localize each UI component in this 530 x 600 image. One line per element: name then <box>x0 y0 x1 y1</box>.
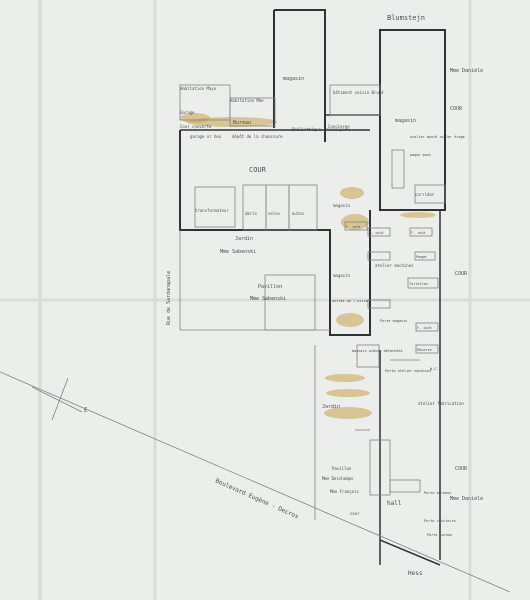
svg-text:COUR: COUR <box>249 166 267 174</box>
svg-text:Pavillon: Pavillon <box>332 466 352 471</box>
inner-rooms <box>180 85 445 495</box>
svg-text:COUR: COUR <box>450 106 463 112</box>
svg-text:Jardin: Jardin <box>235 236 253 242</box>
svg-text:Porte atelier machines: Porte atelier machines <box>385 369 431 373</box>
svg-text:dépôt de la chaussure: dépôt de la chaussure <box>232 134 283 139</box>
svg-text:COUR: COUR <box>455 271 468 277</box>
svg-text:Porte vestiaire: Porte vestiaire <box>424 519 456 523</box>
floor-plan-drawing: E Blumstejn Habitation Mayo Habitation M… <box>0 0 530 600</box>
svg-text:magasin pièces détachées: magasin pièces détachées <box>352 349 403 353</box>
svg-text:magasin: magasin <box>333 273 350 278</box>
svg-text:Porte bureau: Porte bureau <box>427 533 452 537</box>
svg-text:Mme Deschamps: Mme Deschamps <box>322 476 354 481</box>
svg-text:atelier monté au 1er étage: atelier monté au 1er étage <box>410 135 465 139</box>
svg-text:transformateur: transformateur <box>195 208 229 213</box>
svg-text:magasin: magasin <box>333 203 350 208</box>
svg-text:Concierge: Concierge <box>328 124 350 129</box>
svg-text:Pavillon: Pavillon <box>258 284 282 290</box>
svg-text:autos: autos <box>292 211 305 216</box>
svg-text:F. coût: F. coût <box>369 231 384 235</box>
floor-plan-sheet: E Blumstejn Habitation Mayo Habitation M… <box>0 0 530 600</box>
svg-text:abris: abris <box>245 211 258 216</box>
svg-text:Mme François: Mme François <box>330 489 359 494</box>
svg-text:Jardin: Jardin <box>322 404 340 410</box>
svg-text:Cour couverte: Cour couverte <box>180 124 212 129</box>
svg-text:Porte magasin: Porte magasin <box>380 319 407 323</box>
svg-text:F. coût: F. coût <box>411 231 426 235</box>
svg-text:atelier fabrication: atelier fabrication <box>418 401 464 406</box>
svg-text:garage or box: garage or box <box>190 134 222 139</box>
svg-text:magasin: magasin <box>283 76 304 82</box>
svg-text:bâtiment voisin Brulé: bâtiment voisin Brulé <box>333 90 384 95</box>
svg-text:Porte bureaux: Porte bureaux <box>424 491 451 495</box>
svg-text:Pompe: Pompe <box>416 255 427 259</box>
svg-text:E: E <box>84 407 88 414</box>
svg-text:Mme Danièle: Mme Danièle <box>450 495 483 502</box>
svg-text:F. coût: F. coût <box>346 225 361 229</box>
svg-text:corridor: corridor <box>415 192 435 197</box>
svg-text:wagon pont: wagon pont <box>410 153 431 157</box>
street-bottom: Boulevard Eugène - Decros <box>214 477 300 520</box>
svg-text:W.C.: W.C. <box>430 367 438 371</box>
svg-text:Bureau: Bureau <box>233 120 251 126</box>
svg-text:Habitation Mayo: Habitation Mayo <box>180 86 217 91</box>
svg-text:magasin: magasin <box>395 118 416 124</box>
svg-text:Habitation Mme: Habitation Mme <box>230 98 264 103</box>
svg-text:atelier machines: atelier machines <box>375 263 414 268</box>
svg-text:Mme Danièle: Mme Danièle <box>450 67 483 74</box>
svg-text:F. coût: F. coût <box>417 326 432 330</box>
label-north: Blumstejn <box>387 14 425 22</box>
svg-text:Mme Sabenski: Mme Sabenski <box>220 249 256 255</box>
label-south: Hess <box>408 570 423 577</box>
svg-text:Réserve: Réserve <box>417 348 432 352</box>
svg-text:Mme Sabenski: Mme Sabenski <box>250 296 286 302</box>
svg-text:cour: cour <box>350 511 360 516</box>
svg-text:entrée de l'usine: entrée de l'usine <box>332 299 368 303</box>
svg-text:Garage: Garage <box>180 110 195 115</box>
svg-text:velos: velos <box>268 211 281 216</box>
svg-text:COUR: COUR <box>455 466 468 472</box>
svg-text:hall: hall <box>387 500 402 507</box>
svg-text:Toilettes: Toilettes <box>409 282 428 286</box>
street-left: Rue de Sardanapale <box>166 271 172 325</box>
